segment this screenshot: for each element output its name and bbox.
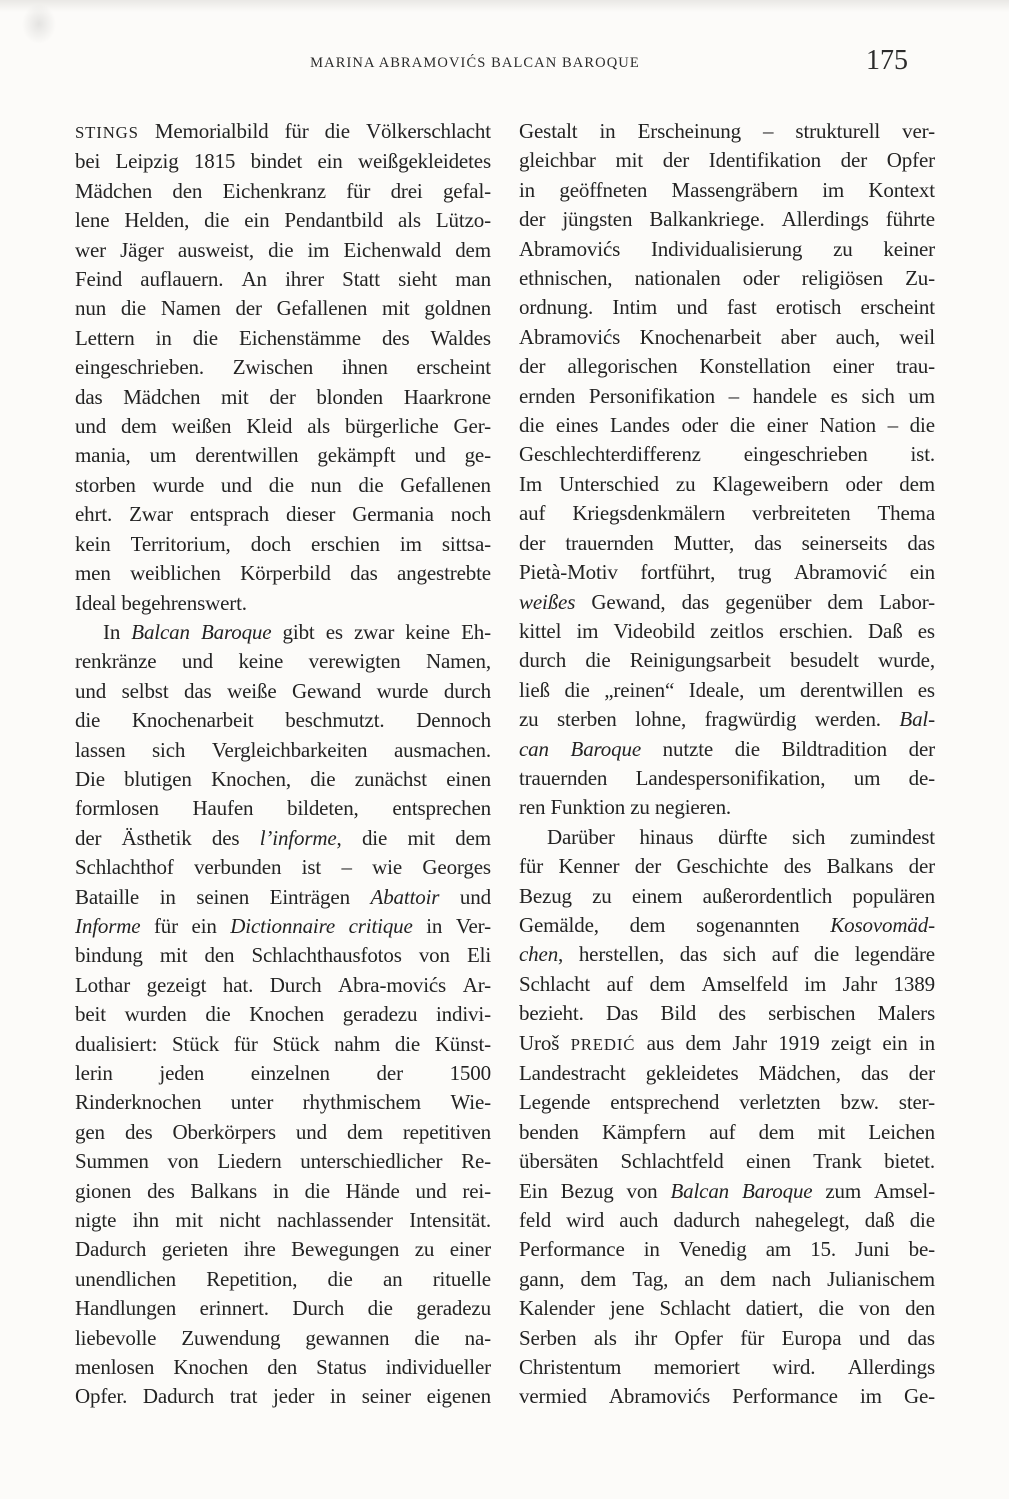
text-line: unddemweißenKleidalsbürgerlicheGer- [75,412,491,441]
text-line: Darüberhinausdürftesichzumindest [519,823,935,852]
text-line: vermiedAbramovićsPerformanceimGe- [519,1382,935,1411]
text-line: chen,herstellen,dassichaufdielegendäre [519,940,935,969]
text-line: Opfer.Dadurchtratjederinseinereigenen [75,1382,491,1411]
text-line: undselbstdasweißeGewandwurdedurch [75,677,491,706]
text-line: zusterbenlohne,fragwürdigwerden.Bal- [519,705,935,734]
text-line: ImUnterschiedzuKlageweibernoderdem [519,470,935,499]
text-line: gendesOberkörpersunddemrepetitiven [75,1118,491,1147]
text-line: Christentummemoriertwird.Allerdings [519,1353,935,1382]
text-line: InformefüreinDictionnairecritiqueinVer- [75,912,491,941]
text-line: DadurchgerietenihreBewegungenzueiner [75,1235,491,1264]
text-line: nundieNamenderGefallenenmitgoldnen [75,294,491,323]
text-line: formlosenHaufenbildeten,entsprechen [75,794,491,823]
text-line: feldwirdauchdadurchnahegelegt,daßdie [519,1206,935,1235]
text-line: dasMädchenmitderblondenHaarkrone [75,383,491,412]
text-line: mania,umderentwillengekämpftundge- [75,441,491,470]
text-line: kittelimVideobildzeitloserschien.Daßes [519,617,935,646]
text-line: MädchendenEichenkranzfürdreigefal- [75,177,491,206]
text-line: ingeöffnetenMassengräbernimKontext [519,176,935,205]
text-line: EinBezugvonBalcanBaroquezumAmsel- [519,1177,935,1206]
text-block: STINGSMemorialbildfürdieVölkerschlachtbe… [75,117,935,1412]
text-line: keinTerritorium,docherschienimsittsa- [75,530,491,559]
text-line: LandestrachtgekleidetesMädchen,dasder [519,1059,935,1088]
text-line: Feindauflauern.AnihrerStattsiehtman [75,265,491,294]
text-line: bezieht.DasBilddesserbischenMalers [519,999,935,1028]
text-line: Lothargezeigthat.DurchAbra-movićsAr- [75,971,491,1000]
text-line: trauerndenLandespersonifikation,umde- [519,764,935,793]
text-line: Gemälde,demsogenanntenKosovomäd- [519,911,935,940]
text-line: eingeschrieben.Zwischenihnenerscheint [75,353,491,382]
text-line: beitwurdendieKnochengeradezuindivi- [75,1000,491,1029]
text-line: liebevolleZuwendunggewannendiena- [75,1324,491,1353]
text-line: Ideal begehrenswert. [75,589,491,618]
text-line: weißesGewand,dasgegenüberdemLabor- [519,588,935,617]
text-line: gleichbarmitderIdentifikationderOpfer [519,146,935,175]
text-line: Handlungenerinnert.Durchdiegeradezu [75,1294,491,1323]
text-line: dertrauerndenMutter,dasseinerseitsdas [519,529,935,558]
text-line: werJägerausweist,dieimEichenwalddem [75,236,491,265]
text-line: RinderknochenunterrhythmischemWie- [75,1088,491,1117]
text-line: erndenPersonifikation–handeleessichum [519,382,935,411]
text-line: UrošPREDIĆausdemJahr1919zeigteinin [519,1029,935,1059]
text-line: menweiblichenKörperbilddasangestrebte [75,559,491,588]
text-line: gann,demTag,andemnachJulianischem [519,1265,935,1294]
text-line: nigteihnmitnichtnachlassenderIntensität. [75,1206,491,1235]
text-line: derjüngstenBalkankriege.Allerdingsführte [519,205,935,234]
text-line: InBalcanBaroquegibteszwarkeineEh- [75,618,491,647]
page-number: 175 [866,47,908,75]
text-line: leneHelden,dieeinPendantbildalsLützo- [75,206,491,235]
text-line: GestaltinErscheinung–strukturellver- [519,117,935,146]
text-line: Bezugzueinemaußerordentlichpopulären [519,882,935,911]
text-line: menlosenKnochendenStatusindividueller [75,1353,491,1382]
text-line: fürKennerderGeschichtedesBalkansder [519,852,935,881]
text-line: STINGSMemorialbildfürdieVölkerschlacht [75,117,491,147]
text-line: ethnischen,nationalenoderreligiösenZu- [519,264,935,293]
text-line: Pietà-Motivfortführt,trugAbramovićein [519,558,935,587]
text-line: lassensichVergleichbarkeitenausmachen. [75,736,491,765]
text-line: dieKnochenarbeitbeschmutzt.Dennoch [75,706,491,735]
text-line: ehrt.ZwarentsprachdieserGermanianoch [75,500,491,529]
text-column-right: GestaltinErscheinung–strukturellver-glei… [519,117,935,1412]
text-line: Schlachthofverbundenist–wieGeorges [75,853,491,882]
text-line: canBaroquenutztedieBildtraditionder [519,735,935,764]
text-line: beiLeipzig1815bindeteinweißgekleidetes [75,147,491,176]
text-line: ren Funktion zu negieren. [519,793,935,822]
text-line: derÄsthetikdesl’informe,diemitdem [75,824,491,853]
text-line: ließdie„reinen“Ideale,umderentwillenes [519,676,935,705]
text-line: Legendeentsprechendverletztenbzw.ster- [519,1088,935,1117]
running-head-title: MARINA ABRAMOVIĆS BALCAN BAROQUE [75,56,875,71]
text-line: SerbenalsihrOpferfürEuropaunddas [519,1324,935,1353]
scan-smudge [22,4,56,44]
text-line: storbenwurdeunddienundieGefallenen [75,471,491,500]
text-line: derallegorischenKonstellationeinertrau- [519,352,935,381]
text-line: SummenvonLiedernunterschiedlicherRe- [75,1147,491,1176]
text-line: dieeinesLandesoderdieeinerNation–die [519,411,935,440]
text-line: aufKriegsdenkmälernverbreitetenThema [519,499,935,528]
text-line: LetternindieEichenstämmedesWaldes [75,324,491,353]
text-line: AbramovićsKnochenarbeitaberauch,weil [519,323,935,352]
text-line: dualisiert:StückfürStücknahmdieKünst- [75,1030,491,1059]
text-column-left: STINGSMemorialbildfürdieVölkerschlachtbe… [75,117,491,1412]
text-line: PerformanceinVenedigam15.Junibe- [519,1235,935,1264]
text-line: KalenderjeneSchlachtdatiert,dievonden [519,1294,935,1323]
text-line: gionendesBalkansindieHändeundrei- [75,1177,491,1206]
book-page: MARINA ABRAMOVIĆS BALCAN BAROQUE 175 STI… [0,0,1009,1499]
text-line: durchdieReinigungsarbeitbesudeltwurde, [519,646,935,675]
text-line: bindungmitdenSchlachthausfotosvonEli [75,941,491,970]
text-line: übersätenSchlachtfeldeinenTrankbietet. [519,1147,935,1176]
text-line: lerinjedeneinzelnender1500 [75,1059,491,1088]
text-line: AbramovićsIndividualisierungzukeiner [519,235,935,264]
text-line: bendenKämpfernaufdemmitLeichen [519,1118,935,1147]
text-line: ordnung.Intimundfasterotischerscheint [519,293,935,322]
text-line: DieblutigenKnochen,diezunächsteinen [75,765,491,794]
text-line: renkränzeundkeineverewigtenNamen, [75,647,491,676]
text-line: Geschlechterdifferenzeingeschriebenist. [519,440,935,469]
text-line: unendlichenRepetition,dieanrituelle [75,1265,491,1294]
text-line: SchlachtaufdemAmselfeldimJahr1389 [519,970,935,999]
text-line: BatailleinseinenEinträgenAbattoirund [75,883,491,912]
